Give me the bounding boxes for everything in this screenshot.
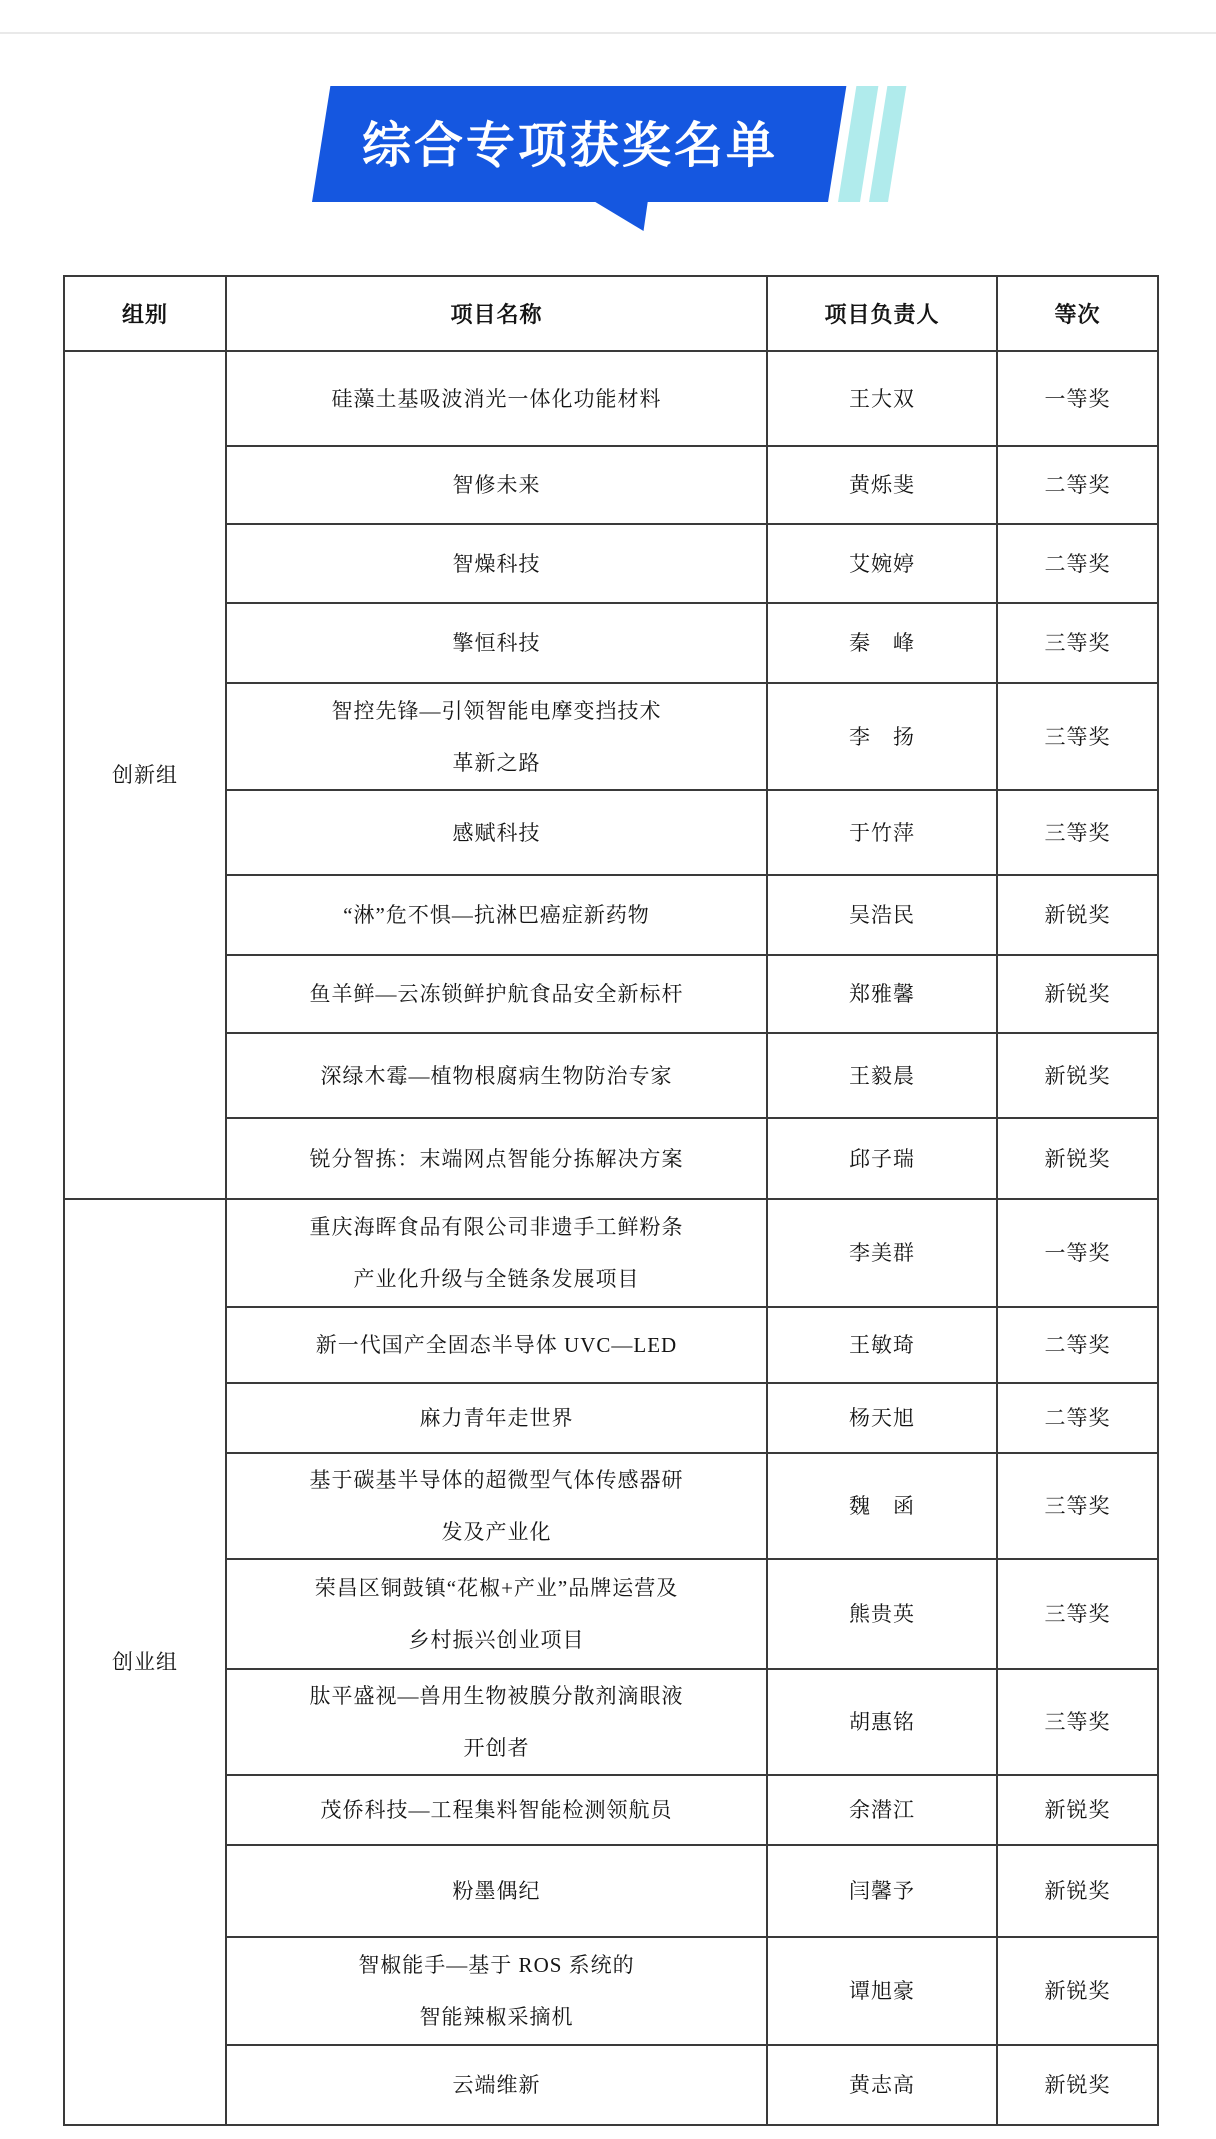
group-label-innovation: 创新组 (64, 351, 226, 1199)
project-leader: 秦 峰 (767, 603, 997, 683)
project-leader: 闫馨予 (767, 1845, 997, 1937)
table-row: 锐分智拣：末端网点智能分拣解决方案 邱子瑞 新锐奖 (64, 1118, 1158, 1199)
project-leader: 吴浩民 (767, 875, 997, 955)
col-header-project-leader: 项目负责人 (767, 276, 997, 351)
project-name: 云端维新 (226, 2045, 767, 2125)
table-row: 智控先锋—引领智能电摩变挡技术 革新之路 李 扬 三等奖 (64, 683, 1158, 790)
project-name: 擎恒科技 (226, 603, 767, 683)
project-leader: 魏 函 (767, 1453, 997, 1559)
project-name: 新一代国产全固态半导体 UVC—LED (226, 1307, 767, 1383)
award-level: 二等奖 (997, 1307, 1158, 1383)
table-row: 新一代国产全固态半导体 UVC—LED 王敏琦 二等奖 (64, 1307, 1158, 1383)
project-name: 智修未来 (226, 446, 767, 524)
award-level: 新锐奖 (997, 1937, 1158, 2045)
award-level: 一等奖 (997, 351, 1158, 446)
award-level: 二等奖 (997, 1383, 1158, 1453)
awards-table: 组别 项目名称 项目负责人 等次 创新组 硅藻土基吸波消光一体化功能材料 王大双… (63, 275, 1159, 2126)
project-leader: 杨天旭 (767, 1383, 997, 1453)
table-row: 智修未来 黄烁斐 二等奖 (64, 446, 1158, 524)
col-header-group: 组别 (64, 276, 226, 351)
group-label-entrepreneurship: 创业组 (64, 1199, 226, 2125)
project-name: 锐分智拣：末端网点智能分拣解决方案 (226, 1118, 767, 1199)
award-level: 新锐奖 (997, 955, 1158, 1033)
project-leader: 郑雅馨 (767, 955, 997, 1033)
award-level: 三等奖 (997, 603, 1158, 683)
project-leader: 余潜江 (767, 1775, 997, 1845)
project-name: 深绿木霉—植物根腐病生物防治专家 (226, 1033, 767, 1118)
top-divider-line (0, 32, 1216, 34)
project-name: “淋”危不惧—抗淋巴癌症新药物 (226, 875, 767, 955)
project-name: 粉墨偶纪 (226, 1845, 767, 1937)
project-name: 鱼羊鲜—云冻锁鲜护航食品安全新标杆 (226, 955, 767, 1033)
award-level: 三等奖 (997, 1559, 1158, 1669)
project-leader: 李 扬 (767, 683, 997, 790)
project-leader: 王大双 (767, 351, 997, 446)
project-leader: 黄烁斐 (767, 446, 997, 524)
table-row: 智椒能手—基于 ROS 系统的 智能辣椒采摘机 谭旭豪 新锐奖 (64, 1937, 1158, 2045)
project-leader: 于竹萍 (767, 790, 997, 875)
project-leader: 熊贵英 (767, 1559, 997, 1669)
page-title: 综合专项获奖名单 (312, 86, 828, 198)
table-row: 深绿木霉—植物根腐病生物防治专家 王毅晨 新锐奖 (64, 1033, 1158, 1118)
award-level: 三等奖 (997, 1669, 1158, 1775)
award-level: 新锐奖 (997, 875, 1158, 955)
award-level: 二等奖 (997, 524, 1158, 603)
table-row: 粉墨偶纪 闫馨予 新锐奖 (64, 1845, 1158, 1937)
project-leader: 邱子瑞 (767, 1118, 997, 1199)
project-name: 茂侨科技—工程集料智能检测领航员 (226, 1775, 767, 1845)
project-leader: 胡惠铭 (767, 1669, 997, 1775)
table-row: 基于碳基半导体的超微型气体传感器研 发及产业化 魏 函 三等奖 (64, 1453, 1158, 1559)
project-name: 硅藻土基吸波消光一体化功能材料 (226, 351, 767, 446)
project-leader: 艾婉婷 (767, 524, 997, 603)
project-name: 重庆海晖食品有限公司非遗手工鲜粉条 产业化升级与全链条发展项目 (226, 1199, 767, 1307)
project-leader: 黄志高 (767, 2045, 997, 2125)
table-row: “淋”危不惧—抗淋巴癌症新药物 吴浩民 新锐奖 (64, 875, 1158, 955)
table-row: 肽平盛视—兽用生物被膜分散剂滴眼液 开创者 胡惠铭 三等奖 (64, 1669, 1158, 1775)
project-name: 智控先锋—引领智能电摩变挡技术 革新之路 (226, 683, 767, 790)
table-row: 荣昌区铜鼓镇“花椒+产业”品牌运营及 乡村振兴创业项目 熊贵英 三等奖 (64, 1559, 1158, 1669)
project-name: 感赋科技 (226, 790, 767, 875)
project-name: 智燥科技 (226, 524, 767, 603)
project-name: 肽平盛视—兽用生物被膜分散剂滴眼液 开创者 (226, 1669, 767, 1775)
table-row: 茂侨科技—工程集料智能检测领航员 余潜江 新锐奖 (64, 1775, 1158, 1845)
project-name: 基于碳基半导体的超微型气体传感器研 发及产业化 (226, 1453, 767, 1559)
table-row: 擎恒科技 秦 峰 三等奖 (64, 603, 1158, 683)
table-header-row: 组别 项目名称 项目负责人 等次 (64, 276, 1158, 351)
award-level: 新锐奖 (997, 1033, 1158, 1118)
col-header-award-level: 等次 (997, 276, 1158, 351)
group-innovation: 创新组 硅藻土基吸波消光一体化功能材料 王大双 一等奖 智修未来 黄烁斐 二等奖… (64, 351, 1158, 1199)
project-name: 荣昌区铜鼓镇“花椒+产业”品牌运营及 乡村振兴创业项目 (226, 1559, 767, 1669)
award-level: 三等奖 (997, 790, 1158, 875)
award-level: 新锐奖 (997, 1118, 1158, 1199)
award-level: 新锐奖 (997, 1845, 1158, 1937)
award-level: 三等奖 (997, 683, 1158, 790)
page: 综合专项获奖名单 组别 项目名称 项目负责人 等次 创新组 硅藻土基吸波消光一体… (0, 0, 1216, 2139)
project-leader: 谭旭豪 (767, 1937, 997, 2045)
table-row: 云端维新 黄志高 新锐奖 (64, 2045, 1158, 2125)
project-leader: 李美群 (767, 1199, 997, 1307)
project-name: 智椒能手—基于 ROS 系统的 智能辣椒采摘机 (226, 1937, 767, 2045)
table-row: 创业组 重庆海晖食品有限公司非遗手工鲜粉条 产业化升级与全链条发展项目 李美群 … (64, 1199, 1158, 1307)
col-header-project-name: 项目名称 (226, 276, 767, 351)
banner-tail (592, 200, 648, 231)
award-level: 新锐奖 (997, 1775, 1158, 1845)
project-name: 麻力青年走世界 (226, 1383, 767, 1453)
award-level: 新锐奖 (997, 2045, 1158, 2125)
project-leader: 王敏琦 (767, 1307, 997, 1383)
award-level: 二等奖 (997, 446, 1158, 524)
table-row: 智燥科技 艾婉婷 二等奖 (64, 524, 1158, 603)
award-level: 三等奖 (997, 1453, 1158, 1559)
award-level: 一等奖 (997, 1199, 1158, 1307)
project-leader: 王毅晨 (767, 1033, 997, 1118)
table-row: 鱼羊鲜—云冻锁鲜护航食品安全新标杆 郑雅馨 新锐奖 (64, 955, 1158, 1033)
table-row: 感赋科技 于竹萍 三等奖 (64, 790, 1158, 875)
group-entrepreneurship: 创业组 重庆海晖食品有限公司非遗手工鲜粉条 产业化升级与全链条发展项目 李美群 … (64, 1199, 1158, 2125)
table-row: 创新组 硅藻土基吸波消光一体化功能材料 王大双 一等奖 (64, 351, 1158, 446)
table-row: 麻力青年走世界 杨天旭 二等奖 (64, 1383, 1158, 1453)
